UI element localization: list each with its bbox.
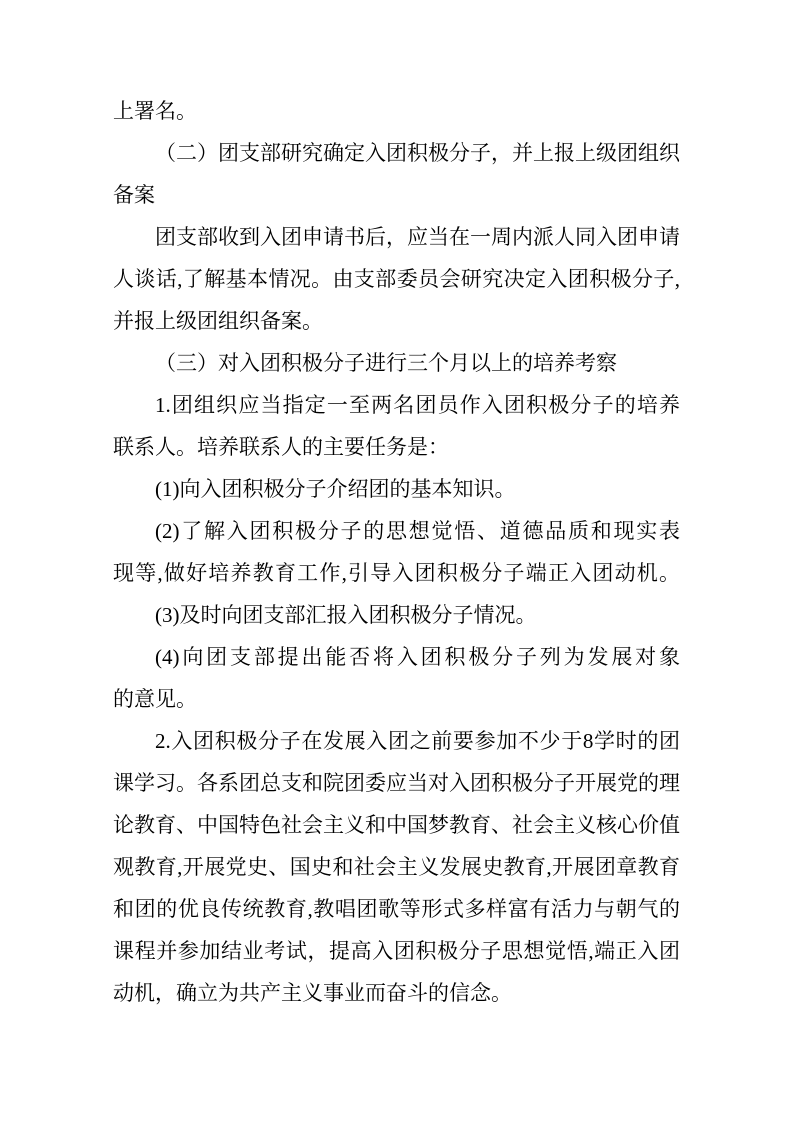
text-line: 人谈话,了解基本情况。由支部委员会研究决定入团积极分子,	[113, 258, 680, 300]
text-line: 1.团组织应当指定一至两名团员作入团积极分子的培养	[113, 384, 680, 426]
text-line: 联系人。培养联系人的主要任务是：	[113, 426, 680, 468]
text-line: 现等,做好培养教育工作,引导入团积极分子端正入团动机。	[113, 552, 680, 594]
text-line-heading: （三）对入团积极分子进行三个月以上的培养考察	[113, 342, 680, 384]
text-line: 的意见。	[113, 678, 680, 720]
document-page: 上署名。 （二）团支部研究确定入团积极分子，并上报上级团组织 备案 团支部收到入…	[0, 0, 793, 1122]
text-line: 论教育、中国特色社会主义和中国梦教育、社会主义核心价值	[113, 804, 680, 846]
text-line: 课程并参加结业考试，提高入团积极分子思想觉悟,端正入团	[113, 930, 680, 972]
text-line: (2)了解入团积极分子的思想觉悟、道德品质和现实表	[113, 510, 680, 552]
text-line-heading: 备案	[113, 174, 680, 216]
text-line: 上署名。	[113, 90, 680, 132]
text-line: 并报上级团组织备案。	[113, 300, 680, 342]
text-line: (1)向入团积极分子介绍团的基本知识。	[113, 468, 680, 510]
text-line: 和团的优良传统教育,教唱团歌等形式多样富有活力与朝气的	[113, 888, 680, 930]
text-line: (3)及时向团支部汇报入团积极分子情况。	[113, 594, 680, 636]
text-line: 观教育,开展党史、国史和社会主义发展史教育,开展团章教育	[113, 846, 680, 888]
text-line: 团支部收到入团申请书后，应当在一周内派人同入团申请	[113, 216, 680, 258]
text-line: 动机，确立为共产主义事业而奋斗的信念。	[113, 972, 680, 1014]
text-line: (4)向团支部提出能否将入团积极分子列为发展对象	[113, 636, 680, 678]
text-line: 2.入团积极分子在发展入团之前要参加不少于8学时的团	[113, 720, 680, 762]
document-text-block: 上署名。 （二）团支部研究确定入团积极分子，并上报上级团组织 备案 团支部收到入…	[113, 90, 680, 1014]
text-line: 课学习。各系团总支和院团委应当对入团积极分子开展党的理	[113, 762, 680, 804]
text-line-heading: （二）团支部研究确定入团积极分子，并上报上级团组织	[113, 132, 680, 174]
